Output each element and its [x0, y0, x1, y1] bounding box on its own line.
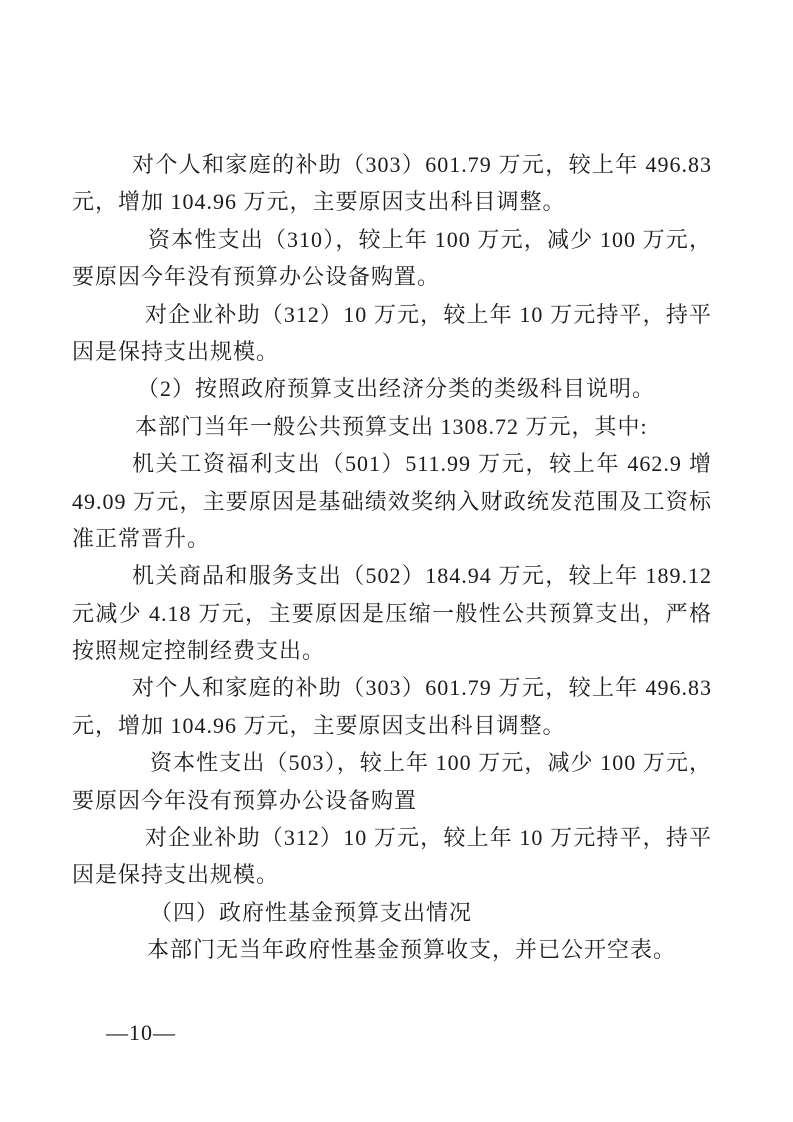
- page: 对个人和家庭的补助（303）601.79 万元，较上年 496.83 万元，增加…: [0, 0, 793, 1122]
- paragraph: （四）政府性基金预算支出情况: [72, 894, 712, 931]
- page-number: —10—: [106, 1014, 176, 1051]
- document-body: 对个人和家庭的补助（303）601.79 万元，较上年 496.83 万元，增加…: [72, 146, 712, 969]
- text-line: 资本性支出（503），较上年 100 万元，减少 100 万元，主: [72, 744, 712, 781]
- paragraph: 本部门当年一般公共预算支出 1308.72 万元，其中:: [72, 408, 712, 445]
- paragraph: 对企业补助（312）10 万元，较上年 10 万元持平，持平原因是保持支出规模。: [72, 819, 712, 894]
- text-line: 元减少 4.18 万元，主要原因是压缩一般性公共预算支出，严格: [72, 595, 712, 632]
- paragraph: 机关工资福利支出（501）511.99 万元，较上年 462.9 增加49.09…: [72, 445, 712, 557]
- text-line: 因是保持支出规模。: [72, 333, 712, 370]
- text-line: 对企业补助（312）10 万元，较上年 10 万元持平，持平原: [72, 296, 712, 333]
- text-line: 按照规定控制经费支出。: [72, 632, 712, 669]
- text-line: 本部门当年一般公共预算支出 1308.72 万元，其中:: [72, 408, 712, 445]
- text-line: 要原因今年没有预算办公设备购置: [72, 782, 712, 819]
- text-line: 对个人和家庭的补助（303）601.79 万元，较上年 496.83 万: [72, 146, 712, 183]
- text-line: 元，增加 104.96 万元，主要原因支出科目调整。: [72, 707, 712, 744]
- text-line: 元，增加 104.96 万元，主要原因支出科目调整。: [72, 183, 712, 220]
- paragraph: 本部门无当年政府性基金预算收支，并已公开空表。: [72, 931, 712, 968]
- text-line: 因是保持支出规模。: [72, 856, 712, 893]
- text-line: 资本性支出（310），较上年 100 万元，减少 100 万元，主: [72, 221, 712, 258]
- paragraph: 机关商品和服务支出（502）184.94 万元，较上年 189.12 万元减少 …: [72, 557, 712, 669]
- text-line: 准正常晋升。: [72, 520, 712, 557]
- text-line: 对企业补助（312）10 万元，较上年 10 万元持平，持平原: [72, 819, 712, 856]
- text-line: 机关商品和服务支出（502）184.94 万元，较上年 189.12 万: [72, 557, 712, 594]
- text-line: （2）按照政府预算支出经济分类的类级科目说明。: [72, 370, 712, 407]
- text-line: 本部门无当年政府性基金预算收支，并已公开空表。: [72, 931, 712, 968]
- paragraph: 对个人和家庭的补助（303）601.79 万元，较上年 496.83 万元，增加…: [72, 669, 712, 744]
- text-line: （四）政府性基金预算支出情况: [72, 894, 712, 931]
- text-line: 机关工资福利支出（501）511.99 万元，较上年 462.9 增加: [72, 445, 712, 482]
- paragraph: 资本性支出（310），较上年 100 万元，减少 100 万元，主要原因今年没有…: [72, 221, 712, 296]
- paragraph: 对个人和家庭的补助（303）601.79 万元，较上年 496.83 万元，增加…: [72, 146, 712, 221]
- text-line: 49.09 万元，主要原因是基础绩效奖纳入财政统发范围及工资标: [72, 483, 712, 520]
- text-line: 要原因今年没有预算办公设备购置。: [72, 258, 712, 295]
- paragraph: 资本性支出（503），较上年 100 万元，减少 100 万元，主要原因今年没有…: [72, 744, 712, 819]
- paragraph: 对企业补助（312）10 万元，较上年 10 万元持平，持平原因是保持支出规模。: [72, 296, 712, 371]
- paragraph: （2）按照政府预算支出经济分类的类级科目说明。: [72, 370, 712, 407]
- text-line: 对个人和家庭的补助（303）601.79 万元，较上年 496.83 万: [72, 669, 712, 706]
